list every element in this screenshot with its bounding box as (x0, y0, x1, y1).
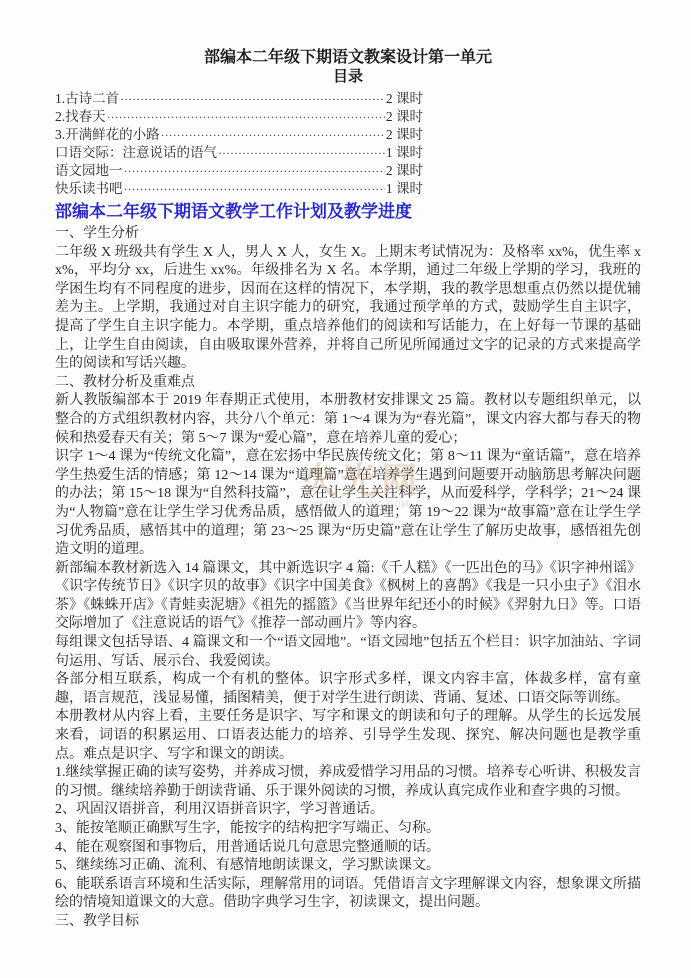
toc-entry-label: 口语交际：注意说话的语气 (55, 144, 217, 162)
section-heading-material-analysis: 二、教材分析及重难点 (55, 374, 641, 393)
list-item-5: 5、继续练习正确、流利、有感情地朗读课文，学习默读课文。 (55, 857, 641, 876)
list-item-2: 2、巩固汉语拼音，利用汉语拼音识字，学习普通话。 (55, 801, 641, 820)
toc-dot-leader: ········································… (124, 162, 385, 180)
toc-entry-duration: 1 课时 (386, 144, 423, 162)
list-item-3: 3、能按笔顺正确默写生字，能按字的结构把字写端正、匀称。 (55, 820, 641, 839)
toc-entry-label: 3.开满鲜花的小路 (55, 126, 160, 144)
toc-entry-label: 快乐读书吧 (55, 180, 123, 198)
toc-entry-duration: 2 课时 (386, 90, 423, 108)
section-heading-student-analysis: 一、学生分析 (55, 225, 641, 244)
paragraph: 二年级 X 班级共有学生 X 人，男人 X 人，女生 X。上期末考试情况为：及格… (55, 244, 641, 374)
paragraph: 识字 1～4 课为“传统文化篇”，意在宏扬中华民族传统文化；第 8～11 课为“… (55, 448, 641, 560)
document-page: 部编本二年级下期语文教案设计第一单元 目录 1.古诗二首 ···········… (0, 0, 691, 978)
paragraph: 每组课文包括导语、4 篇课文和一个“语文园地”。“语文园地”包括五个栏目：识字加… (55, 634, 641, 671)
toc-entry: 口语交际：注意说话的语气 ···························… (55, 144, 423, 162)
toc-entry-duration: 2 课时 (386, 126, 423, 144)
toc-dot-leader: ········································… (218, 144, 385, 162)
paragraph: 新部编本教材新选入 14 篇课文，其中新选识字 4 篇:《千人糕》《一匹出色的马… (55, 560, 641, 634)
list-item-1: 1.继续掌握正确的读写姿势，并养成习惯，养成爱惜学习用品的习惯。培养专心听讲、积… (55, 764, 641, 801)
toc-entry-duration: 2 课时 (386, 162, 423, 180)
toc-heading: 目录 (55, 68, 641, 87)
document-title: 部编本二年级下期语文教案设计第一单元 (55, 48, 641, 68)
toc-entry-duration: 1 课时 (386, 180, 423, 198)
list-item-6: 6、能联系语言环境和生活实际，理解常用的词语。凭借语言文字理解课文内容，想象课文… (55, 876, 641, 913)
document-body: 一、学生分析 二年级 X 班级共有学生 X 人，男人 X 人，女生 X。上期末考… (55, 225, 641, 932)
toc-entry: 3.开满鲜花的小路 ······························… (55, 126, 423, 144)
toc-entry: 1.古诗二首 ·································… (55, 90, 423, 108)
toc-entry: 2.找春天 ··································… (55, 108, 423, 126)
table-of-contents: 1.古诗二首 ·································… (55, 90, 423, 198)
paragraph: 本册教材从内容上看，主要任务是识字、写字和课文的朗读和句子的理解。从学生的长远发… (55, 708, 641, 764)
document-content: 部编本二年级下期语文教案设计第一单元 目录 1.古诗二首 ···········… (55, 48, 641, 932)
toc-entry: 语文园地一 ··································… (55, 162, 423, 180)
plan-section-heading: 部编本二年级下期语文教学工作计划及教学进度 (55, 199, 641, 224)
paragraph: 新人教版编部本于 2019 年春期正式使用，本册教材安排课文 25 篇。教材以专… (55, 392, 641, 448)
toc-dot-leader: ········································… (161, 126, 385, 144)
toc-entry-label: 2.找春天 (55, 108, 106, 126)
toc-dot-leader: ········································… (124, 180, 385, 198)
toc-entry-duration: 2 课时 (386, 108, 423, 126)
section-heading-teaching-goals: 三、教学目标 (55, 913, 641, 932)
paragraph: 各部分相互联系，构成一个有机的整体。识字形式多样，课文内容丰富，体裁多样，富有童… (55, 671, 641, 708)
toc-dot-leader: ········································… (107, 108, 385, 126)
toc-entry-label: 语文园地一 (55, 162, 123, 180)
list-item-4: 4、能在观察图和事物后，用普通话说几句意思完整通顺的话。 (55, 839, 641, 858)
toc-entry: 快乐读书吧 ··································… (55, 180, 423, 198)
toc-entry-label: 1.古诗二首 (55, 90, 119, 108)
toc-dot-leader: ········································… (120, 90, 385, 108)
